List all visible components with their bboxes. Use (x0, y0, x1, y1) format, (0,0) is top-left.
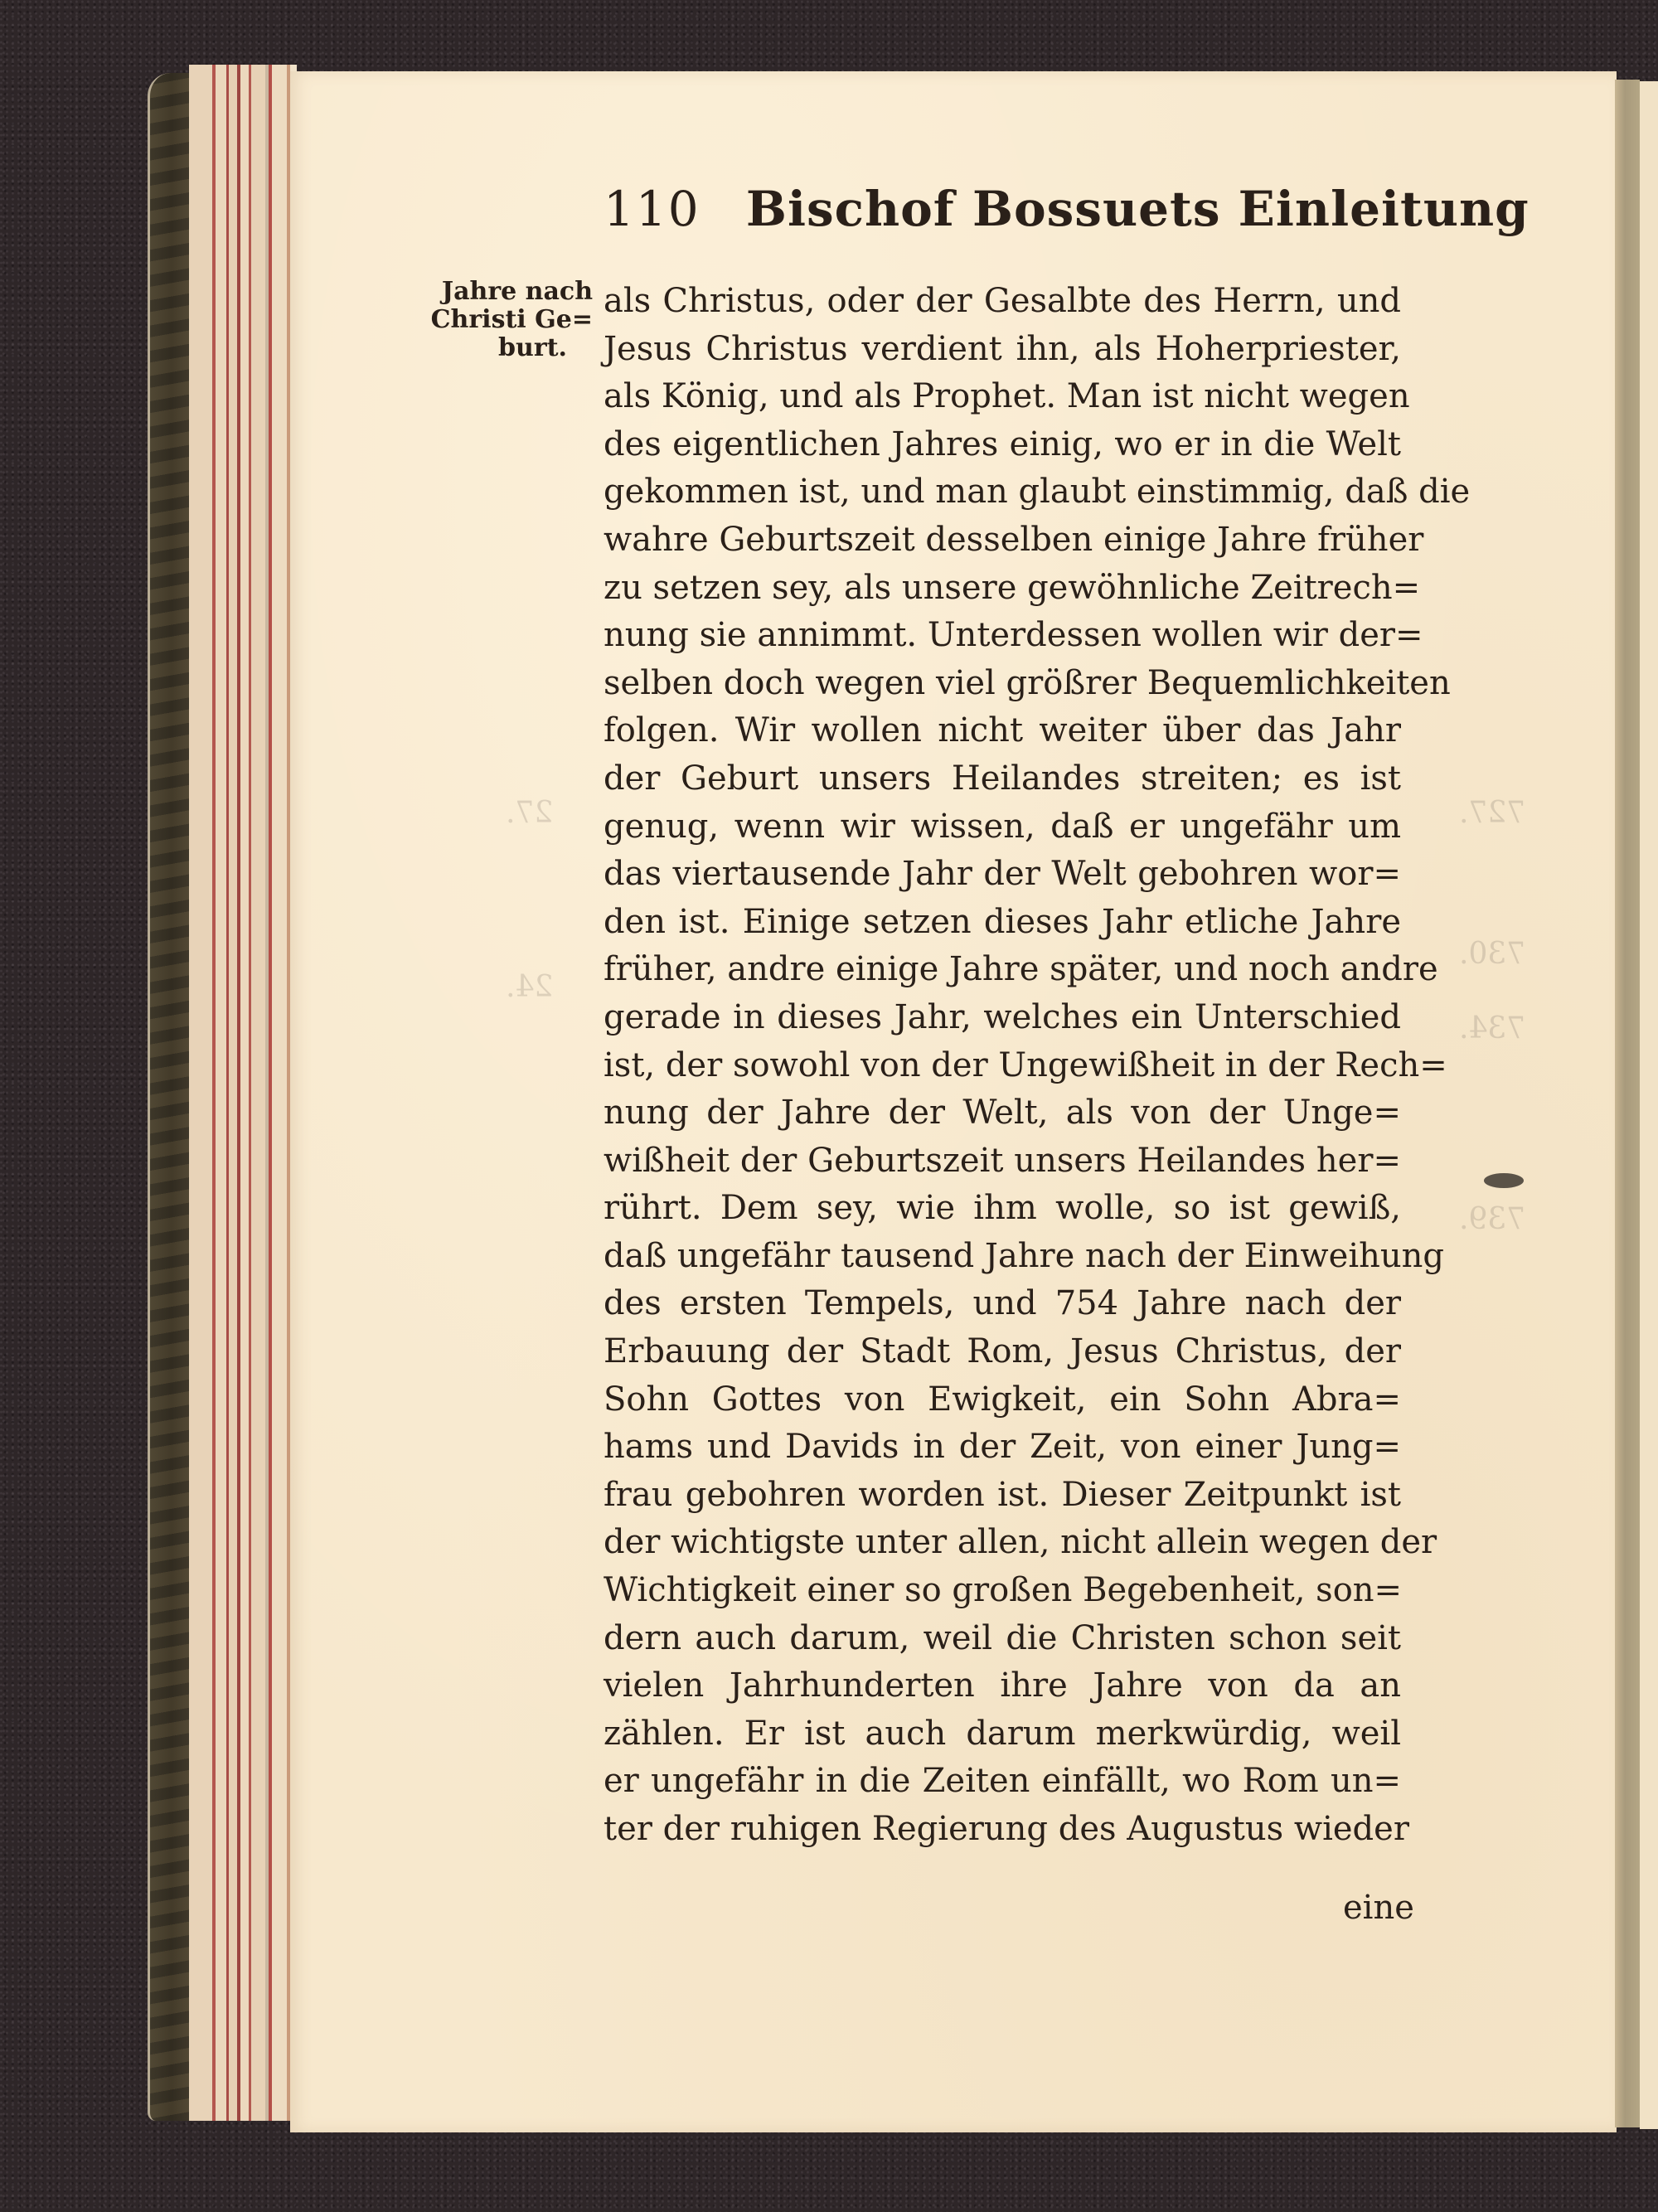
text-line: genug, wenn wir wissen, daß er ungefähr … (604, 803, 1401, 851)
text-line: gerade in dieses Jahr, welches ein Unter… (604, 994, 1401, 1042)
next-leaf-edge (1640, 81, 1658, 2129)
text-line: der wichtigste unter allen, nicht allein… (604, 1519, 1401, 1567)
running-head-title: Bischof Bossuets Einleitung (746, 181, 1530, 237)
margin-note-line: Christi Ge= (423, 306, 593, 334)
text-line: nung sie annimmt. Unterdessen wollen wir… (604, 612, 1401, 660)
show-through-mark: 727. (1459, 796, 1525, 830)
next-leaf-shadow (1615, 80, 1640, 2127)
text-line: wahre Geburtszeit desselben einige Jahre… (604, 517, 1401, 565)
text-line: gekommen ist, und man glaubt einstimmig,… (604, 468, 1401, 517)
page-number: 110 (604, 181, 701, 237)
text-line: ist, der sowohl von der Ungewißheit in d… (604, 1042, 1401, 1090)
text-line: als Christus, oder der Gesalbte des Herr… (604, 278, 1401, 326)
page-stack-edge (189, 65, 297, 2121)
text-line: dern auch darum, weil die Christen schon… (604, 1615, 1401, 1663)
text-line: als König, und als Prophet. Man ist nich… (604, 373, 1401, 421)
text-line: nung der Jahre der Welt, als von der Ung… (604, 1089, 1401, 1138)
text-line: daß ungefähr tausend Jahre nach der Einw… (604, 1233, 1401, 1281)
text-line: des eigentlichen Jahres einig, wo er in … (604, 421, 1401, 469)
book-cover-spine (148, 73, 193, 2121)
text-line: er ungefähr in die Zeiten einfällt, wo R… (604, 1758, 1401, 1806)
text-line: den ist. Einige setzen dieses Jahr etlic… (604, 899, 1401, 947)
text-line: wißheit der Geburtszeit unsers Heilandes… (604, 1138, 1401, 1186)
text-line: Wichtigkeit einer so großen Begebenheit,… (604, 1567, 1401, 1615)
text-line: vielen Jahrhunderten ihre Jahre von da a… (604, 1662, 1401, 1710)
margin-note: Jahre nach Christi Ge= burt. (423, 278, 593, 362)
text-line: zählen. Er ist auch darum merkwürdig, we… (604, 1710, 1401, 1758)
text-line: Jesus Christus verdient ihn, als Hoherpr… (604, 326, 1401, 374)
text-line: Sohn Gottes von Ewigkeit, ein Sohn Abra= (604, 1376, 1401, 1424)
text-line: rührt. Dem sey, wie ihm wolle, so ist ge… (604, 1185, 1401, 1233)
running-head: 110 Bischof Bossuets Einleitung (604, 181, 1530, 237)
text-line: früher, andre einige Jahre später, und n… (604, 946, 1401, 994)
text-line: folgen. Wir wollen nicht weiter über das… (604, 707, 1401, 755)
text-line: der Geburt unsers Heilandes streiten; es… (604, 755, 1401, 803)
text-line: selben doch wegen viel größrer Bequemlic… (604, 660, 1401, 708)
show-through-mark: 739. (1459, 1202, 1525, 1236)
margin-note-line: burt. (423, 334, 593, 362)
ink-blot (1484, 1173, 1524, 1188)
show-through-mark: 24. (506, 970, 553, 1004)
catchword: eine (1343, 1889, 1414, 1927)
text-line: das viertausende Jahr der Welt gebohren … (604, 851, 1401, 899)
text-line: Erbauung der Stadt Rom, Jesus Christus, … (604, 1328, 1401, 1376)
body-text: als Christus, oder der Gesalbte des Herr… (604, 278, 1401, 1854)
text-line: ter der ruhigen Regierung des Augustus w… (604, 1806, 1401, 1854)
text-line: des ersten Tempels, und 754 Jahre nach d… (604, 1280, 1401, 1328)
text-line: zu setzen sey, als unsere gewöhnliche Ze… (604, 565, 1401, 613)
text-line: hams und Davids in der Zeit, von einer J… (604, 1424, 1401, 1472)
show-through-mark: 27. (506, 796, 553, 830)
text-line: frau gebohren worden ist. Dieser Zeitpun… (604, 1472, 1401, 1520)
show-through-mark: 734. (1459, 1011, 1525, 1045)
show-through-mark: 730. (1459, 937, 1525, 971)
margin-note-line: Jahre nach (423, 278, 593, 306)
